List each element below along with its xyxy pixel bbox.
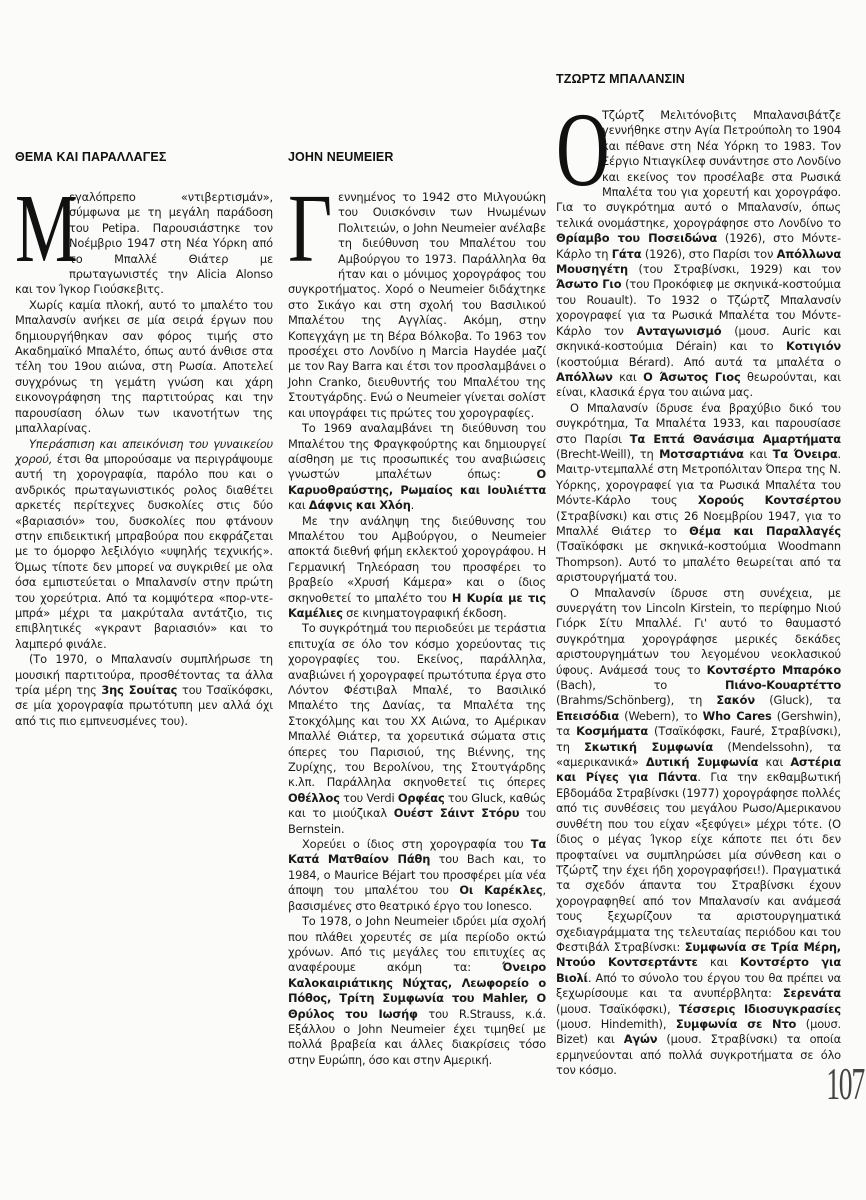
drop-cap: Μ xyxy=(15,192,50,268)
bold-title: Ουέστ Σάιντ Στόρυ xyxy=(394,806,520,820)
bold-title: Μοτσαρτιάνα xyxy=(659,447,744,461)
bold-title: Χορούς Κοντσέρτου xyxy=(698,493,841,507)
paragraph: (Το 1970, ο Μπαλανσίν συμπλήρωσε τη μουσ… xyxy=(15,652,273,729)
text-run: (Brecht-Weill), τη xyxy=(556,447,659,461)
text-run: και xyxy=(758,755,790,769)
bold-title: Οι Καρέκλες xyxy=(459,883,542,897)
paragraph: Με την ανάληψη της διεύθυνσης του Μπαλέτ… xyxy=(288,514,546,622)
bold-title: Ο Άσωτος Γιος xyxy=(643,370,740,384)
text-run: σε κινηματογραφική έκδοση. xyxy=(343,606,507,620)
text-run: . xyxy=(411,498,414,512)
paragraph: Χωρίς καμία πλοκή, αυτό το μπαλέτο του Μ… xyxy=(15,298,273,437)
drop-cap: Ο xyxy=(556,110,584,194)
text-run: (Webern), το xyxy=(619,709,703,723)
bold-title: Κοτιγιόν xyxy=(786,339,841,353)
bold-title: Δυτική Συμφωνία xyxy=(646,755,759,769)
bold-title: Οθέλλος xyxy=(288,791,340,805)
bold-title: Σακόν xyxy=(716,693,755,707)
bold-title: Θρίαμβο του Ποσειδώνα xyxy=(556,231,717,245)
bold-title: 3ης Σουίτας xyxy=(101,683,177,697)
paragraph: Ο Μπαλανσίν ίδρυσε ένα βραχύβιο δικό του… xyxy=(556,401,841,586)
paragraph: Το 1978, ο John Neumeier ιδρύει μία σχολ… xyxy=(288,914,546,1068)
text-run: Χορεύει ο ίδιος στη χορογραφία του xyxy=(302,837,531,851)
bold-title: Σερενάτα xyxy=(783,986,841,1000)
bold-title: Τα Επτά Θανάσιμα Αμαρτήματα xyxy=(630,432,841,446)
paragraph: Το 1969 αναλαμβάνει τη διεύθυνση του Μπα… xyxy=(288,421,546,513)
text-run: Χωρίς καμία πλοκή, αυτό το μπαλέτο του Μ… xyxy=(15,298,273,435)
paragraph: Μεγαλόπρεπο «ντιβερτισμάν», σύμφωνα με τ… xyxy=(15,190,273,298)
text-run: (μουσ. Hindemith), xyxy=(556,1017,676,1031)
paragraph: Το συγκρότημά του περιοδεύει με τεράστια… xyxy=(288,621,546,837)
bold-title: Πιάνο-Κουαρτέττο xyxy=(725,678,841,692)
bold-title: Who Cares xyxy=(703,709,772,723)
text-run: (Brahms/Schönberg), τη xyxy=(556,693,716,707)
bold-title: Δάφνις και Χλόη xyxy=(309,498,411,512)
page-number: 107 xyxy=(826,1057,864,1110)
bold-title: Άσωτο Γιο xyxy=(556,277,621,291)
text-run: (Τσαϊκόφσκι με σκηνικά-κοστούμια Woodman… xyxy=(556,539,841,584)
paragraph: ΟΤζώρτζ Μελιτόνοβιτς Μπαλανσιβάτζε γεννή… xyxy=(556,108,841,401)
bold-title: Γάτα xyxy=(612,247,642,261)
text-run: Το συγκρότημά του περιοδεύει με τεράστια… xyxy=(288,621,546,789)
article-column-theme-and-variations: ΘΕΜΑ ΚΑΙ ΠΑΡΑΛΛΑΓΕΣ Μεγαλόπρεπο «ντιβερτ… xyxy=(15,150,273,729)
bold-title: Ανταγωνισμό xyxy=(636,324,721,338)
text-run: (του Στραβίνσκι, 1929) και τον xyxy=(628,262,841,276)
text-run: . Για την εκθαμβωτική Εβδομάδα Στραβίνσκ… xyxy=(556,770,841,953)
text-run: Το 1969 αναλαμβάνει τη διεύθυνση του Μπα… xyxy=(288,421,546,481)
paragraph: Γεννημένος το 1942 στο Μιλγουώκη του Ουι… xyxy=(288,190,546,421)
section-heading: ΘΕΜΑ ΚΑΙ ΠΑΡΑΛΛΑΓΕΣ xyxy=(15,150,273,164)
text-run: (1926), στο Παρίσι τον xyxy=(641,247,776,261)
bold-title: Αγών xyxy=(624,1032,658,1046)
text-run: και xyxy=(613,370,643,384)
bold-title: Κοντσέρτο Μπαρόκο xyxy=(707,663,841,677)
article-column-george-balanchine: ΤΖΩΡΤΖ ΜΠΑΛΑΝΣΙΝ ΟΤζώρτζ Μελιτόνοβιτς Μπ… xyxy=(556,72,841,1079)
section-heading: ΤΖΩΡΤΖ ΜΠΑΛΑΝΣΙΝ xyxy=(556,72,841,86)
text-run: και xyxy=(288,498,309,512)
text-run: του Verdi xyxy=(340,791,398,805)
paragraph: Χορεύει ο ίδιος στη χορογραφία του Τα Κα… xyxy=(288,837,546,914)
bold-title: Τέσσερις Ιδιοσυγκρασίες xyxy=(679,1002,841,1016)
text-run: (Gluck), τα xyxy=(755,693,841,707)
bold-title: Απόλλων xyxy=(556,370,613,384)
text-run: (Bach), το xyxy=(556,678,725,692)
bold-title: Επεισόδια xyxy=(556,709,619,723)
bold-title: Τα Όνειρα xyxy=(773,447,838,461)
article-body: Μεγαλόπρεπο «ντιβερτισμάν», σύμφωνα με τ… xyxy=(15,190,273,729)
drop-cap: Γ xyxy=(288,192,322,268)
text-run: και xyxy=(744,447,773,461)
bold-title: Ορφέας xyxy=(398,791,445,805)
article-body: ΟΤζώρτζ Μελιτόνοβιτς Μπαλανσιβάτζε γεννή… xyxy=(556,108,841,1079)
bold-title: Σκωτική Συμφωνία xyxy=(584,740,713,754)
bold-title: Κοσμήματα xyxy=(576,724,648,738)
text-run: (μουσ. Τσαϊκόφσκι), xyxy=(556,1002,679,1016)
section-heading: JOHN NEUMEIER xyxy=(288,150,546,164)
bold-title: Θέμα και Παραλλαγές xyxy=(689,524,841,538)
text-run: έτσι θα μπορούσαμε να περιγράψουμε αυτή … xyxy=(15,452,273,651)
article-body: Γεννημένος το 1942 στο Μιλγουώκη του Ουι… xyxy=(288,190,546,1068)
text-run: και xyxy=(698,955,740,969)
paragraph: Υπεράσπιση και απεικόνιση του γυναικείου… xyxy=(15,437,273,653)
text-run: (κοστούμια Bérard). Από αυτά τα μπαλέτα … xyxy=(556,355,841,369)
paragraph: Ο Μπαλανσίν ίδρυσε στη συνέχεια, με συνε… xyxy=(556,586,841,1079)
bold-title: Συμφωνία σε Ντο xyxy=(676,1017,796,1031)
article-column-john-neumeier: JOHN NEUMEIER Γεννημένος το 1942 στο Μιλ… xyxy=(288,150,546,1068)
